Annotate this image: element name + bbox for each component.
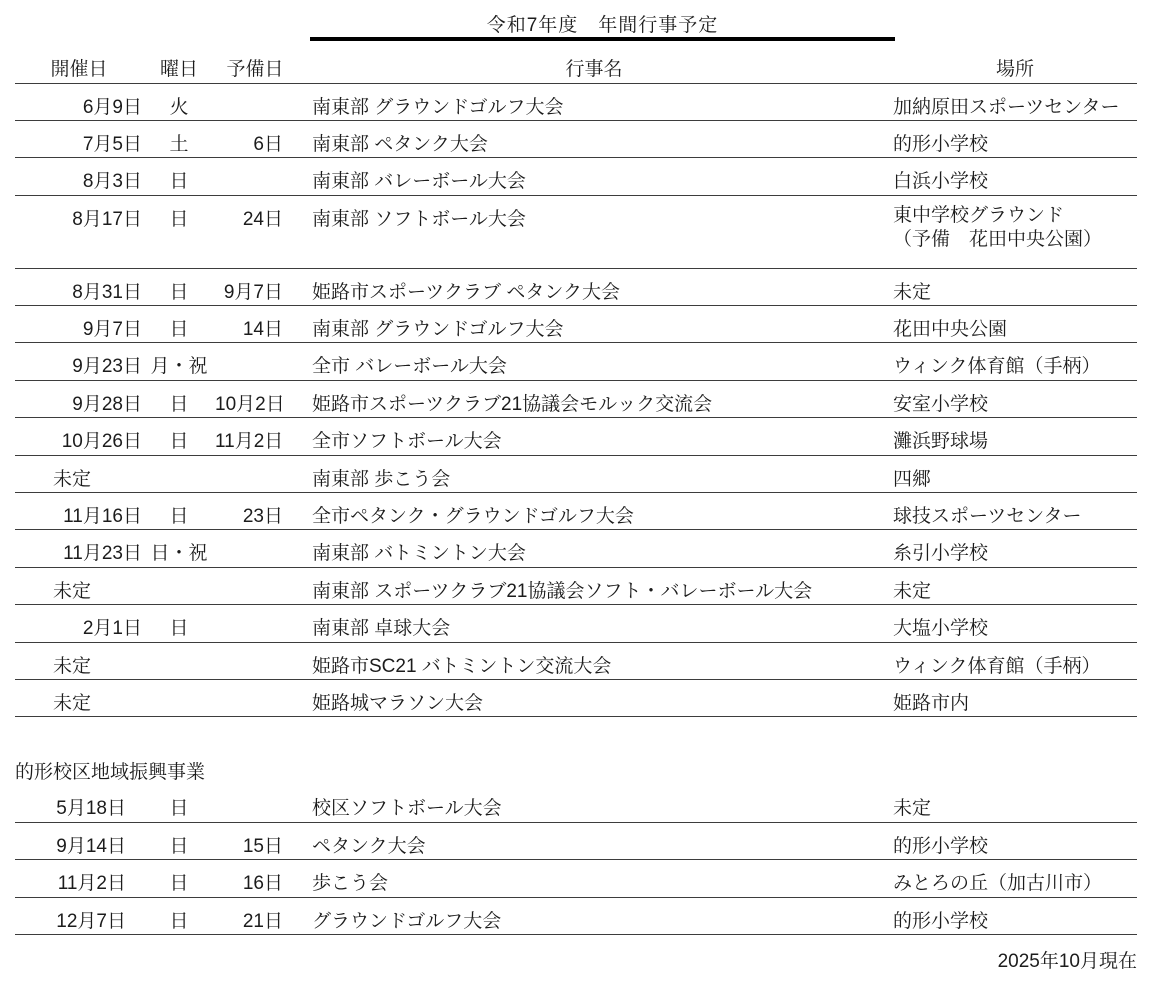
as-of-date: 2025年10月現在 (998, 946, 1137, 973)
date-cell: 未定 (15, 455, 143, 492)
date-cell: 10月26日 (15, 418, 143, 455)
table-row: 10月26日日11月2日全市ソフトボール大会灘浜野球場 (15, 418, 1137, 455)
place-cell: ウィンク体育館（手柄） (893, 343, 1137, 380)
table-row: 9月23日月・祝全市 バレーボール大会ウィンク体育館（手柄） (15, 343, 1137, 380)
event-cell: グラウンドゴルフ大会 (295, 897, 893, 934)
date-cell: 9月7日 (15, 306, 143, 343)
reserve-cell (215, 567, 295, 604)
date-cell: 12月7日 (15, 897, 143, 934)
reserve-cell: 10月2日 (215, 380, 295, 417)
reserve-cell: 9月7日 (215, 268, 295, 305)
date-cell: 8月17日 (15, 195, 143, 268)
reserve-cell (215, 642, 295, 679)
date-cell: 8月3日 (15, 158, 143, 195)
annual-schedule-table: 開催日 曜日 予備日 行事名 場所 6月9日火南東部 グラウンドゴルフ大会加納原… (15, 46, 1137, 717)
annual-schedule-body: 6月9日火南東部 グラウンドゴルフ大会加納原田スポーツセンター7月5日土6日南東… (15, 83, 1137, 717)
reserve-cell (215, 158, 295, 195)
date-cell: 7月5日 (15, 120, 143, 157)
day-cell: 日 (143, 605, 215, 642)
event-cell: 南東部 グラウンドゴルフ大会 (295, 306, 893, 343)
place-line: 東中学校グラウンド (893, 204, 1137, 228)
date-cell: 2月1日 (15, 605, 143, 642)
day-cell: 日 (143, 195, 215, 268)
day-cell (143, 642, 215, 679)
day-cell: 日 (143, 860, 215, 897)
table-row: 8月3日日南東部 バレーボール大会白浜小学校 (15, 158, 1137, 195)
place-cell: 的形小学校 (893, 822, 1137, 859)
date-cell: 11月16日 (15, 493, 143, 530)
reserve-cell: 16日 (215, 860, 295, 897)
header-reserve: 予備日 (215, 46, 295, 83)
reserve-cell (215, 343, 295, 380)
date-cell: 未定 (15, 642, 143, 679)
table-row: 11月2日日16日歩こう会みとろの丘（加古川市） (15, 860, 1137, 897)
day-cell: 日 (143, 897, 215, 934)
table-row: 未定南東部 スポーツクラブ21協議会ソフト・バレーボール大会未定 (15, 567, 1137, 604)
place-cell: 未定 (893, 567, 1137, 604)
event-cell: 全市ペタンク・グラウンドゴルフ大会 (295, 493, 893, 530)
table-row: 8月31日日9月7日姫路市スポーツクラブ ペタンク大会未定 (15, 268, 1137, 305)
place-cell: ウィンク体育館（手柄） (893, 642, 1137, 679)
reserve-cell (215, 679, 295, 716)
place-cell: 糸引小学校 (893, 530, 1137, 567)
table-row: 5月18日日校区ソフトボール大会未定 (15, 785, 1137, 822)
reserve-cell: 6日 (215, 120, 295, 157)
table-row: 12月7日日21日グラウンドゴルフ大会的形小学校 (15, 897, 1137, 934)
event-cell: 南東部 グラウンドゴルフ大会 (295, 83, 893, 120)
table-row: 未定南東部 歩こう会四郷 (15, 455, 1137, 492)
table-row: 11月16日日23日全市ペタンク・グラウンドゴルフ大会球技スポーツセンター (15, 493, 1137, 530)
table-row: 8月17日日24日南東部 ソフトボール大会東中学校グラウンド（予備 花田中央公園… (15, 195, 1137, 268)
place-cell: 灘浜野球場 (893, 418, 1137, 455)
day-cell: 日 (143, 268, 215, 305)
date-cell: 9月28日 (15, 380, 143, 417)
day-cell: 月・祝 (143, 343, 215, 380)
place-cell: 未定 (893, 785, 1137, 822)
event-cell: 校区ソフトボール大会 (295, 785, 893, 822)
table-row: 9月14日日15日ペタンク大会的形小学校 (15, 822, 1137, 859)
reserve-cell (215, 785, 295, 822)
place-cell: 安室小学校 (893, 380, 1137, 417)
day-cell: 火 (143, 83, 215, 120)
day-cell: 日 (143, 418, 215, 455)
date-cell: 11月2日 (15, 860, 143, 897)
schedule-document: 令和7年度 年間行事予定 開催日 曜日 予備日 行事名 場所 6月9日火南東部 … (0, 0, 1163, 987)
event-cell: 姫路市SC21 バトミントン交流大会 (295, 642, 893, 679)
place-cell: 東中学校グラウンド（予備 花田中央公園） (893, 195, 1137, 268)
place-cell: 加納原田スポーツセンター (893, 83, 1137, 120)
date-cell: 9月14日 (15, 822, 143, 859)
table-row: 未定姫路市SC21 バトミントン交流大会ウィンク体育館（手柄） (15, 642, 1137, 679)
reserve-cell: 21日 (215, 897, 295, 934)
event-cell: 南東部 歩こう会 (295, 455, 893, 492)
table-header-row: 開催日 曜日 予備日 行事名 場所 (15, 46, 1137, 83)
table-row: 9月7日日14日南東部 グラウンドゴルフ大会花田中央公園 (15, 306, 1137, 343)
date-cell: 5月18日 (15, 785, 143, 822)
day-cell: 日 (143, 306, 215, 343)
table-row: 2月1日日南東部 卓球大会大塩小学校 (15, 605, 1137, 642)
event-cell: 南東部 ソフトボール大会 (295, 195, 893, 268)
reserve-cell: 11月2日 (215, 418, 295, 455)
event-cell: 南東部 卓球大会 (295, 605, 893, 642)
date-cell: 8月31日 (15, 268, 143, 305)
header-date: 開催日 (15, 46, 143, 83)
day-cell: 日 (143, 380, 215, 417)
event-cell: 全市ソフトボール大会 (295, 418, 893, 455)
place-cell: 白浜小学校 (893, 158, 1137, 195)
event-cell: 全市 バレーボール大会 (295, 343, 893, 380)
event-cell: 姫路市スポーツクラブ21協議会モルック交流会 (295, 380, 893, 417)
event-cell: 姫路市スポーツクラブ ペタンク大会 (295, 268, 893, 305)
day-cell (143, 679, 215, 716)
reserve-cell (215, 530, 295, 567)
date-cell: 未定 (15, 567, 143, 604)
community-schedule-table: 5月18日日校区ソフトボール大会未定9月14日日15日ペタンク大会的形小学校11… (15, 785, 1137, 935)
event-cell: 南東部 スポーツクラブ21協議会ソフト・バレーボール大会 (295, 567, 893, 604)
day-cell: 日 (143, 785, 215, 822)
reserve-cell (215, 455, 295, 492)
place-cell: 姫路市内 (893, 679, 1137, 716)
date-cell: 6月9日 (15, 83, 143, 120)
header-place: 場所 (893, 46, 1137, 83)
day-cell: 日・祝 (143, 530, 215, 567)
place-cell: 的形小学校 (893, 897, 1137, 934)
place-cell: 未定 (893, 268, 1137, 305)
reserve-cell: 14日 (215, 306, 295, 343)
date-cell: 11月23日 (15, 530, 143, 567)
day-cell: 日 (143, 158, 215, 195)
reserve-cell: 23日 (215, 493, 295, 530)
section-title-community: 的形校区地域振興事業 (15, 757, 205, 784)
header-day: 曜日 (143, 46, 215, 83)
event-cell: 南東部 ペタンク大会 (295, 120, 893, 157)
date-cell: 9月23日 (15, 343, 143, 380)
event-cell: 南東部 バレーボール大会 (295, 158, 893, 195)
day-cell (143, 567, 215, 604)
day-cell: 土 (143, 120, 215, 157)
table-row: 9月28日日10月2日姫路市スポーツクラブ21協議会モルック交流会安室小学校 (15, 380, 1137, 417)
place-cell: 球技スポーツセンター (893, 493, 1137, 530)
header-event: 行事名 (295, 46, 893, 83)
place-cell: 的形小学校 (893, 120, 1137, 157)
table-row: 6月9日火南東部 グラウンドゴルフ大会加納原田スポーツセンター (15, 83, 1137, 120)
reserve-cell (215, 83, 295, 120)
reserve-cell (215, 605, 295, 642)
table-row: 11月23日日・祝南東部 バトミントン大会糸引小学校 (15, 530, 1137, 567)
place-line: （予備 花田中央公園） (893, 228, 1137, 252)
table-row: 7月5日土6日南東部 ペタンク大会的形小学校 (15, 120, 1137, 157)
reserve-cell: 15日 (215, 822, 295, 859)
event-cell: 姫路城マラソン大会 (295, 679, 893, 716)
community-schedule-body: 5月18日日校区ソフトボール大会未定9月14日日15日ペタンク大会的形小学校11… (15, 785, 1137, 935)
title-underline (310, 37, 895, 41)
event-cell: 南東部 バトミントン大会 (295, 530, 893, 567)
date-cell: 未定 (15, 679, 143, 716)
event-cell: 歩こう会 (295, 860, 893, 897)
page-title: 令和7年度 年間行事予定 (310, 10, 895, 37)
day-cell: 日 (143, 822, 215, 859)
table-row: 未定姫路城マラソン大会姫路市内 (15, 679, 1137, 716)
place-cell: みとろの丘（加古川市） (893, 860, 1137, 897)
place-cell: 大塩小学校 (893, 605, 1137, 642)
place-cell: 花田中央公園 (893, 306, 1137, 343)
day-cell (143, 455, 215, 492)
event-cell: ペタンク大会 (295, 822, 893, 859)
place-cell: 四郷 (893, 455, 1137, 492)
day-cell: 日 (143, 493, 215, 530)
reserve-cell: 24日 (215, 195, 295, 268)
